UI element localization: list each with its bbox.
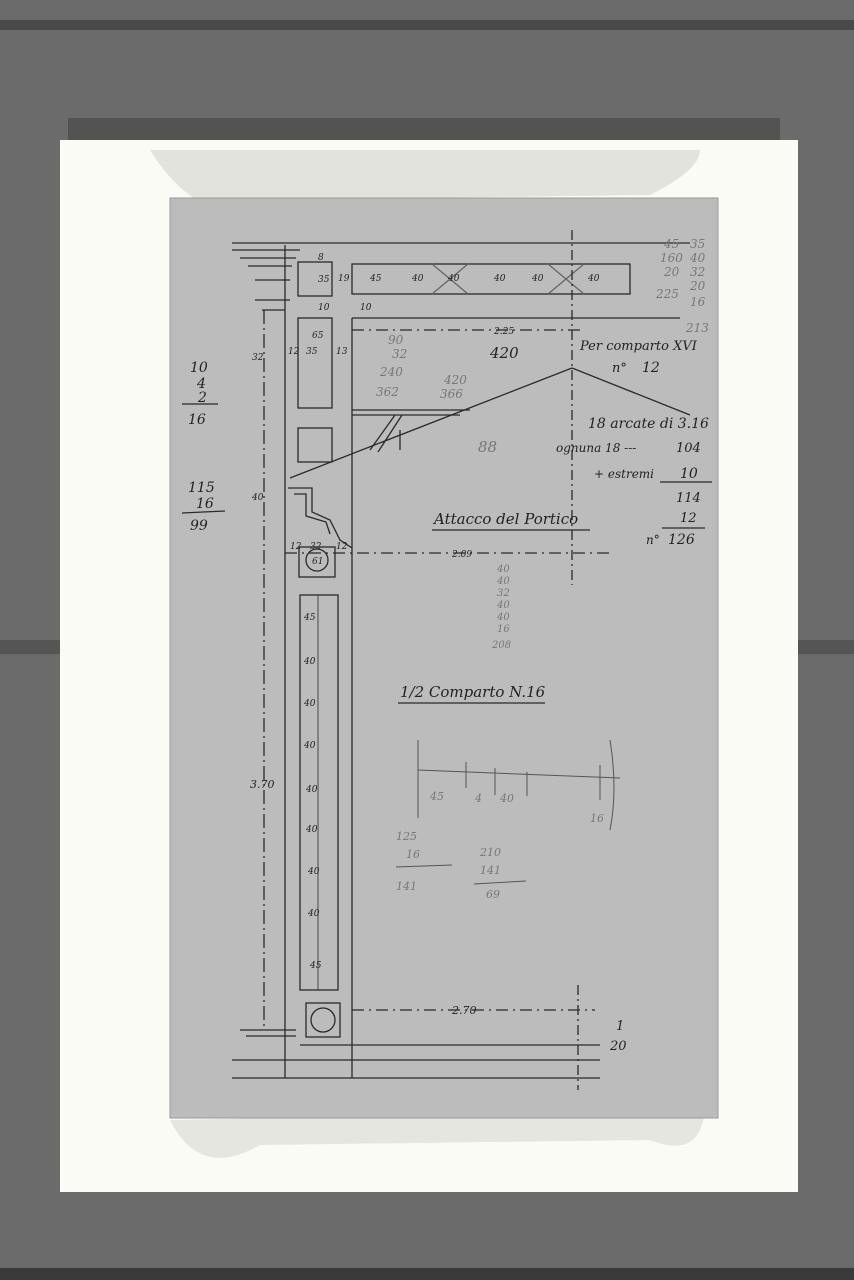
svg-text:40: 40 (499, 792, 514, 805)
svg-text:32: 32 (392, 347, 407, 361)
svg-text:35: 35 (690, 237, 705, 251)
svg-text:Per comparto XVI: Per comparto XVI (579, 339, 698, 354)
svg-text:45: 45 (303, 613, 316, 623)
svg-text:n°: n° (646, 533, 660, 547)
svg-text:69: 69 (486, 888, 500, 901)
svg-text:10: 10 (318, 303, 330, 313)
svg-text:40: 40 (303, 657, 316, 667)
svg-text:90: 90 (388, 333, 404, 347)
svg-text:115: 115 (188, 480, 215, 496)
svg-text:20: 20 (663, 265, 680, 279)
svg-text:40: 40 (496, 612, 510, 623)
svg-text:4: 4 (474, 792, 482, 805)
photograph-background: Attacco del Portico 1/2 Comparto N.16 1 … (0, 0, 854, 1280)
svg-text:88: 88 (478, 438, 497, 456)
svg-text:16: 16 (196, 496, 214, 512)
svg-text:366: 366 (440, 387, 463, 401)
svg-text:420: 420 (489, 344, 519, 362)
svg-text:2.25: 2.25 (493, 327, 514, 337)
svg-text:2.70: 2.70 (451, 1004, 477, 1017)
svg-text:40: 40 (496, 576, 510, 587)
svg-text:16: 16 (497, 624, 510, 635)
svg-text:32: 32 (497, 588, 510, 599)
svg-text:35: 35 (306, 347, 318, 357)
svg-text:213: 213 (685, 321, 709, 335)
svg-text:12: 12 (336, 542, 348, 552)
svg-text:420: 420 (443, 373, 467, 387)
svg-text:40: 40 (447, 274, 460, 284)
svg-text:20: 20 (609, 1039, 627, 1054)
svg-text:40: 40 (496, 600, 510, 611)
svg-text:99: 99 (190, 518, 208, 534)
svg-text:40: 40 (251, 493, 264, 503)
svg-text:40: 40 (689, 251, 706, 265)
svg-text:40: 40 (303, 741, 316, 751)
svg-text:40: 40 (587, 274, 600, 284)
svg-text:ognuna 18 ---: ognuna 18 --- (556, 441, 636, 455)
svg-text:126: 126 (668, 532, 695, 548)
svg-text:12: 12 (288, 347, 300, 357)
svg-text:240: 240 (379, 365, 403, 379)
svg-text:40: 40 (307, 909, 320, 919)
svg-text:210: 210 (479, 846, 501, 859)
svg-text:40: 40 (303, 699, 316, 709)
svg-text:40: 40 (307, 867, 320, 877)
svg-text:141: 141 (396, 880, 417, 893)
sheet-subtitle: 1/2 Comparto N.16 (400, 683, 546, 701)
svg-text:2: 2 (197, 390, 207, 406)
svg-text:16: 16 (590, 812, 604, 825)
svg-text:18 arcate di 3.16: 18 arcate di 3.16 (588, 416, 709, 432)
svg-text:225: 225 (655, 287, 679, 301)
svg-text:3.70: 3.70 (250, 778, 275, 791)
svg-text:45: 45 (663, 237, 679, 251)
svg-text:12: 12 (290, 542, 302, 552)
svg-text:362: 362 (376, 385, 399, 399)
svg-text:20: 20 (689, 279, 706, 293)
svg-text:35: 35 (318, 275, 330, 285)
svg-text:1: 1 (616, 1019, 624, 1034)
svg-text:32: 32 (690, 265, 705, 279)
svg-text:125: 125 (396, 830, 417, 843)
svg-text:45: 45 (429, 790, 444, 803)
svg-text:65: 65 (312, 331, 324, 341)
svg-text:40: 40 (305, 825, 318, 835)
svg-text:10: 10 (190, 360, 208, 376)
svg-text:40: 40 (531, 274, 544, 284)
svg-text:45: 45 (309, 961, 322, 971)
svg-text:40: 40 (493, 274, 506, 284)
svg-text:n°: n° (612, 361, 627, 376)
svg-text:40: 40 (411, 274, 424, 284)
svg-text:40: 40 (496, 564, 510, 575)
svg-text:2.09: 2.09 (451, 550, 472, 560)
svg-text:+ estremi: + estremi (594, 467, 654, 481)
drawing-paper (170, 198, 718, 1118)
svg-text:19: 19 (338, 274, 350, 284)
svg-text:8: 8 (318, 253, 324, 263)
svg-text:141: 141 (480, 864, 501, 877)
svg-text:45: 45 (369, 274, 382, 284)
svg-text:104: 104 (676, 441, 701, 456)
svg-text:16: 16 (406, 848, 420, 861)
svg-text:16: 16 (690, 295, 706, 309)
svg-text:12: 12 (642, 360, 660, 376)
svg-text:32: 32 (310, 542, 322, 552)
svg-text:10: 10 (680, 466, 698, 482)
svg-text:114: 114 (676, 491, 701, 506)
svg-text:61: 61 (312, 557, 323, 567)
svg-text:208: 208 (491, 640, 511, 651)
svg-text:10: 10 (360, 303, 372, 313)
sheet-title: Attacco del Portico (432, 510, 578, 528)
svg-text:40: 40 (305, 785, 318, 795)
svg-text:160: 160 (660, 251, 683, 265)
svg-text:32: 32 (252, 353, 264, 363)
svg-text:16: 16 (188, 412, 206, 428)
svg-text:13: 13 (336, 347, 348, 357)
svg-text:12: 12 (680, 511, 697, 526)
